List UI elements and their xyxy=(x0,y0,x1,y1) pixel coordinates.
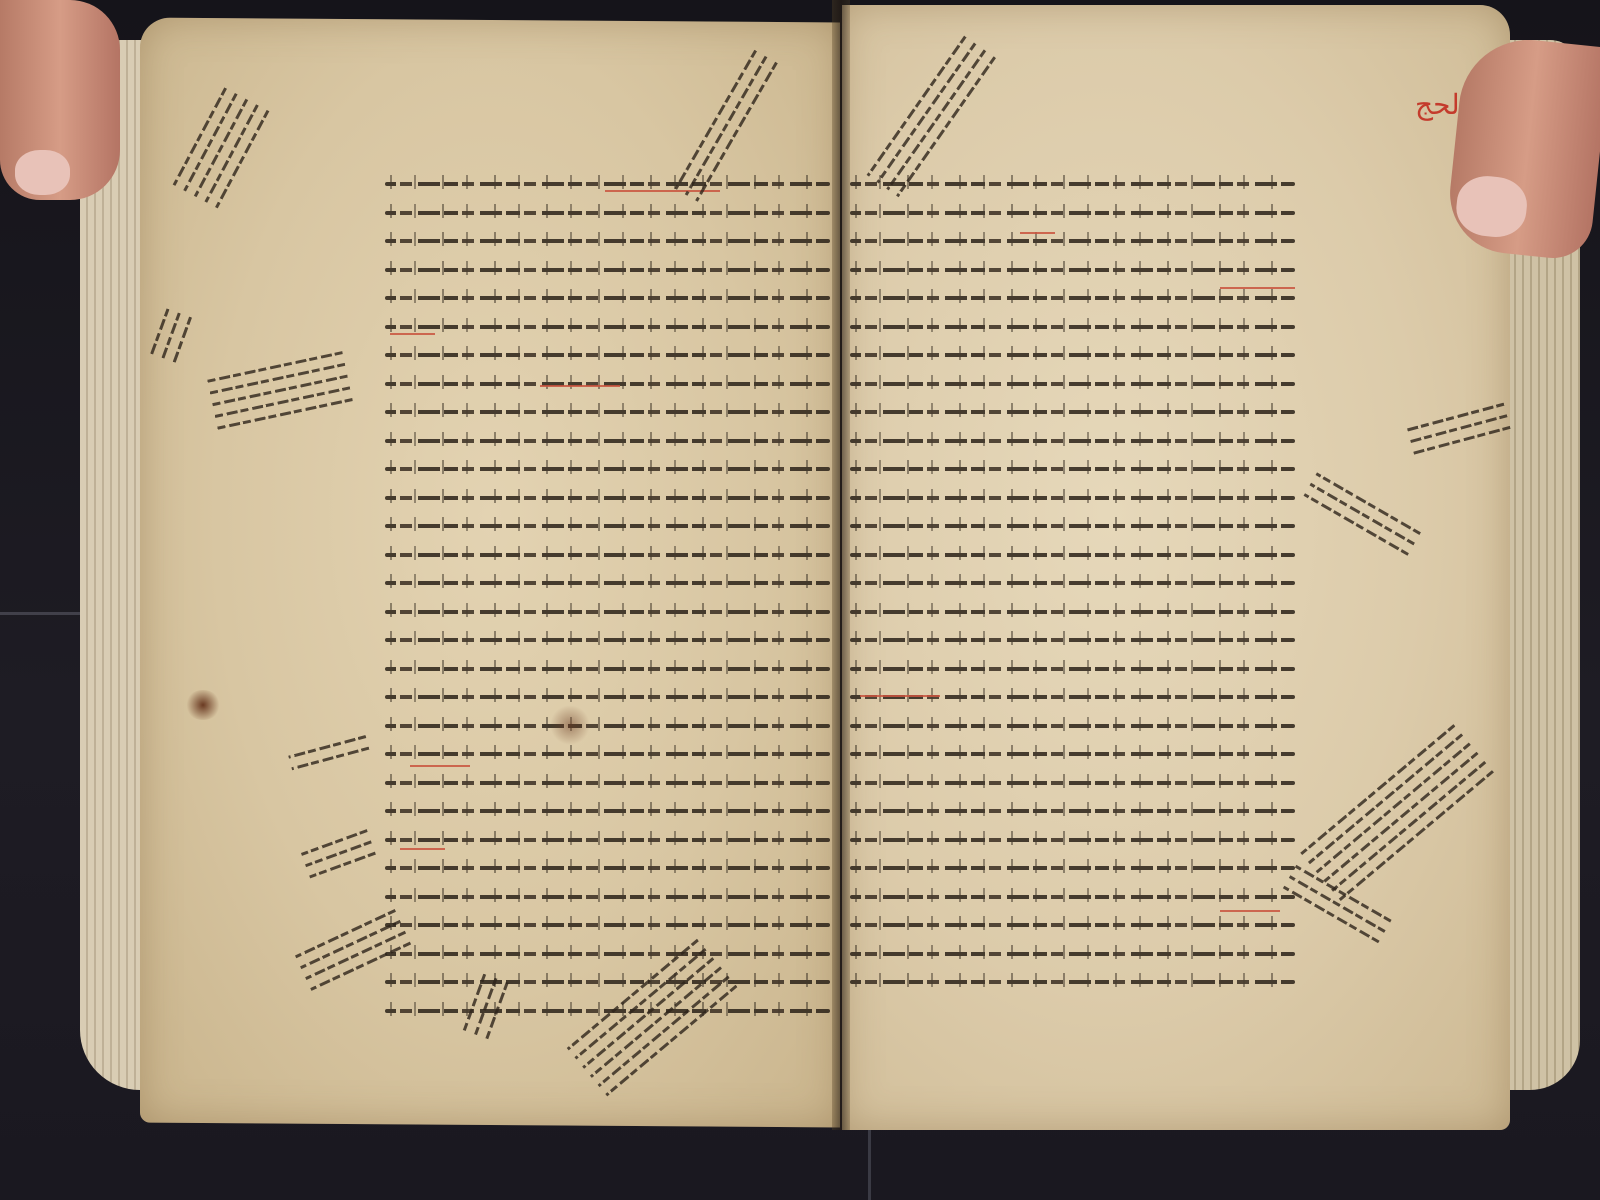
manuscript-text-line xyxy=(385,752,830,756)
manuscript-text-line xyxy=(385,610,830,614)
manuscript-text-line xyxy=(385,895,830,899)
manuscript-text-line xyxy=(385,952,830,956)
left-page-main-text xyxy=(385,182,830,1037)
manuscript-text-line xyxy=(850,838,1295,842)
manuscript-text-line xyxy=(385,724,830,728)
manuscript-text-line xyxy=(385,866,830,870)
manuscript-text-line xyxy=(385,268,830,272)
manuscript-text-line xyxy=(385,467,830,471)
manuscript-text-line xyxy=(385,296,830,300)
manuscript-text-line xyxy=(850,553,1295,557)
manuscript-text-line xyxy=(385,524,830,528)
paper-stain xyxy=(185,690,221,720)
manuscript-text-line xyxy=(850,610,1295,614)
manuscript-text-line xyxy=(850,524,1295,528)
manuscript-text-line xyxy=(385,182,830,186)
manuscript-text-line xyxy=(385,838,830,842)
manuscript-text-line xyxy=(385,353,830,357)
manuscript-text-line xyxy=(385,239,830,243)
red-rubric-mark xyxy=(540,385,620,387)
manuscript-text-line xyxy=(850,866,1295,870)
manuscript-text-line xyxy=(385,325,830,329)
manuscript-text-line xyxy=(850,923,1295,927)
manuscript-text-line xyxy=(850,809,1295,813)
manuscript-text-line xyxy=(850,325,1295,329)
manuscript-text-line xyxy=(850,781,1295,785)
manuscript-text-line xyxy=(850,439,1295,443)
manuscript-text-line xyxy=(850,239,1295,243)
manuscript-text-line xyxy=(385,923,830,927)
red-rubric-mark xyxy=(1020,232,1055,234)
book-gutter xyxy=(832,0,850,1130)
manuscript-text-line xyxy=(385,980,830,984)
manuscript-text-line xyxy=(850,410,1295,414)
red-rubric-mark xyxy=(390,333,435,335)
fingernail xyxy=(15,150,70,195)
manuscript-text-line xyxy=(850,296,1295,300)
manuscript-text-line xyxy=(850,724,1295,728)
manuscript-text-line xyxy=(385,1009,830,1013)
manuscript-text-line xyxy=(850,467,1295,471)
manuscript-text-line xyxy=(385,809,830,813)
manuscript-text-line xyxy=(850,496,1295,500)
right-page-main-text xyxy=(850,182,1295,1009)
red-rubric-mark xyxy=(410,765,470,767)
paper-stain xyxy=(550,705,590,745)
floor-tile-seam xyxy=(0,612,80,615)
manuscript-text-line xyxy=(850,382,1295,386)
manuscript-text-line xyxy=(850,581,1295,585)
red-rubric-mark xyxy=(860,695,940,697)
manuscript-text-line xyxy=(385,781,830,785)
manuscript-text-line xyxy=(385,410,830,414)
manuscript-text-line xyxy=(850,752,1295,756)
manuscript-text-line xyxy=(850,211,1295,215)
manuscript-text-line xyxy=(850,980,1295,984)
manuscript-text-line xyxy=(385,211,830,215)
manuscript-text-line xyxy=(850,638,1295,642)
manuscript-text-line xyxy=(385,695,830,699)
manuscript-text-line xyxy=(850,268,1295,272)
manuscript-text-line xyxy=(385,439,830,443)
red-rubric-mark xyxy=(1220,910,1280,912)
manuscript-text-line xyxy=(385,638,830,642)
fingernail xyxy=(1454,173,1530,240)
manuscript-text-line xyxy=(385,553,830,557)
manuscript-text-line xyxy=(385,667,830,671)
manuscript-text-line xyxy=(850,353,1295,357)
manuscript-text-line xyxy=(850,667,1295,671)
left-hand-finger xyxy=(0,0,120,200)
red-rubric-mark xyxy=(400,848,445,850)
manuscript-text-line xyxy=(385,496,830,500)
manuscript-text-line xyxy=(850,895,1295,899)
red-rubric-mark xyxy=(1220,287,1295,289)
manuscript-text-line xyxy=(850,952,1295,956)
manuscript-text-line xyxy=(385,581,830,585)
